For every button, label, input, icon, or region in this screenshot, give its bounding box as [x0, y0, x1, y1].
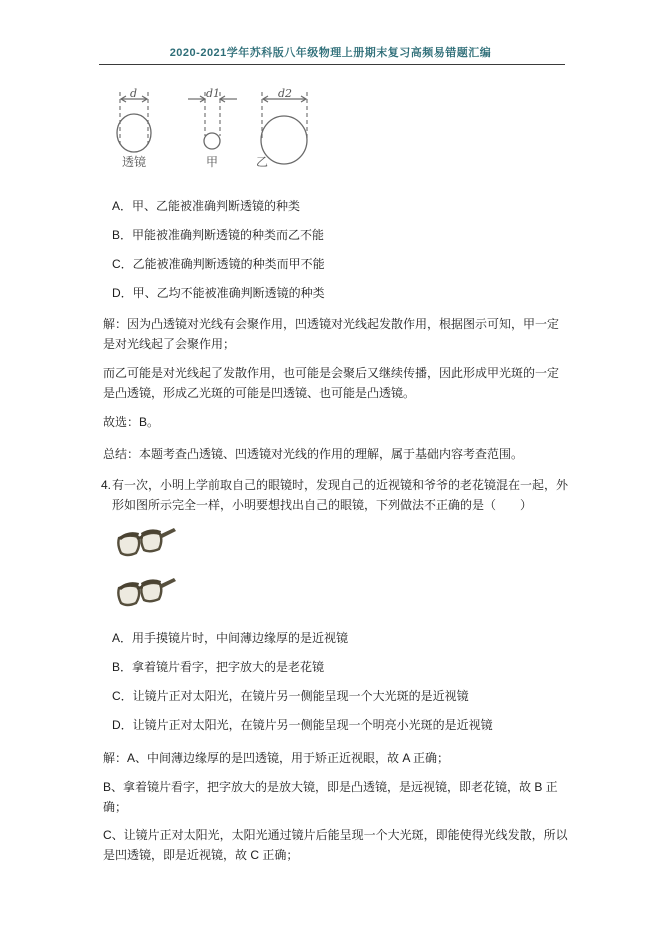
q3-option-d: D．甲、乙均不能被准确判断透镜的种类	[112, 285, 565, 301]
q4-question-number: 4.	[101, 475, 111, 495]
header-divider	[99, 64, 565, 65]
dim-label-d2: d2	[278, 88, 292, 100]
solution-text-line: 是凸透镜，形成乙光斑的可能是凹透镜、也可能是凸透镜。	[103, 383, 565, 403]
q3-answer-choice: 故选：B。	[103, 412, 565, 432]
lens-circle	[204, 133, 220, 149]
lens-diagram-figure: d 透镜 d1 甲 d2 乙	[100, 88, 565, 183]
q4-question-stem: 4. 有一次，小明上学前取自己的眼镜时，发现自己的近视镜和爷爷的老花镜混在一起，…	[103, 475, 565, 515]
eyeglasses-image-2	[115, 575, 179, 611]
q4-option-b: B．拿着镜片看字，把字放大的是老花镜	[112, 659, 565, 675]
glasses-lens-right	[141, 583, 161, 601]
q4-stem-line: 有一次，小明上学前取自己的眼镜时，发现自己的近视镜和爷爷的老花镜混在一起，外	[112, 475, 565, 495]
solution-text-line: B、拿着镜片看字，把字放大的是放大镜，即是凸透镜，是远视镜，即老花镜，故 B 正	[103, 777, 565, 797]
eyeglasses-image-1	[115, 525, 179, 561]
label-jia: 甲	[206, 155, 218, 169]
q4-option-a: A．用手摸镜片时，中间薄边缘厚的是近视镜	[112, 630, 565, 646]
q4-solution-paragraph-3: C、让镜片正对太阳光，太阳光通过镜片后能呈现一个大光斑，即能使得光线发散，所以 …	[103, 825, 565, 865]
dim-label-d1: d1	[206, 88, 220, 100]
lens-diagram-svg: d 透镜 d1 甲 d2 乙	[100, 88, 318, 178]
label-yi: 乙	[256, 155, 268, 169]
q4-option-c: C．让镜片正对太阳光，在镜片另一侧能呈现一个大光斑的是近视镜	[112, 688, 565, 704]
solution-text-line: 解：因为凸透镜对光线有会聚作用，凹透镜对光线起发散作用，根据图示可知，甲一定	[103, 314, 565, 334]
glasses-lens-right	[141, 533, 161, 551]
dim-label-d: d	[130, 88, 137, 100]
q3-solution-paragraph-2: 而乙可能是对光线起了发散作用，也可能是会聚后又继续传播，因此形成甲光斑的一定 是…	[103, 363, 565, 403]
q4-option-d: D．让镜片正对太阳光，在镜片另一侧能呈现一个明亮小光斑的是近视镜	[112, 717, 565, 733]
label-lens: 透镜	[122, 154, 146, 169]
q3-option-a: A．甲、乙能被准确判断透镜的种类	[112, 198, 565, 214]
lens-circle	[117, 114, 151, 152]
q4-stem-line: 形如图所示完全一样，小明要想找出自己的眼镜，下列做法不正确的是（ ）	[112, 495, 565, 515]
solution-text-line: 而乙可能是对光线起了发散作用，也可能是会聚后又继续传播，因此形成甲光斑的一定	[103, 363, 565, 383]
page-header-title: 2020-2021学年苏科版八年级物理上册期末复习高频易错题汇编	[0, 0, 661, 60]
q4-options: A．用手摸镜片时，中间薄边缘厚的是近视镜 B．拿着镜片看字，把字放大的是老花镜 …	[103, 630, 565, 733]
q3-option-c: C．乙能被准确判断透镜的种类而甲不能	[112, 256, 565, 272]
solution-text-line: C、让镜片正对太阳光，太阳光通过镜片后能呈现一个大光斑，即能使得光线发散，所以	[103, 825, 565, 845]
document-page: 2020-2021学年苏科版八年级物理上册期末复习高频易错题汇编 d 透镜	[0, 0, 661, 935]
q3-option-b: B．甲能被准确判断透镜的种类而乙不能	[112, 227, 565, 243]
content-column: d 透镜 d1 甲 d2 乙	[103, 88, 565, 865]
q3-summary: 总结：本题考查凸透镜、凹透镜对光线的作用的理解，属于基础内容考查范围。	[103, 444, 565, 464]
q3-solution-paragraph-1: 解：因为凸透镜对光线有会聚作用，凹透镜对光线起发散作用，根据图示可知，甲一定 是…	[103, 314, 565, 354]
q3-options: A．甲、乙能被准确判断透镜的种类 B．甲能被准确判断透镜的种类而乙不能 C．乙能…	[103, 198, 565, 301]
solution-text-line: 是凹透镜，即是近视镜，故 C 正确；	[103, 845, 565, 865]
solution-text-line: 是对光线起了会聚作用；	[103, 334, 565, 354]
q4-solution-paragraph-2: B、拿着镜片看字，把字放大的是放大镜，即是凸透镜，是远视镜，即老花镜，故 B 正…	[103, 777, 565, 817]
q4-solution-paragraph-1: 解：A、中间薄边缘厚的是凹透镜，用于矫正近视眼，故 A 正确；	[103, 748, 565, 768]
solution-text-line: 确；	[103, 797, 565, 817]
